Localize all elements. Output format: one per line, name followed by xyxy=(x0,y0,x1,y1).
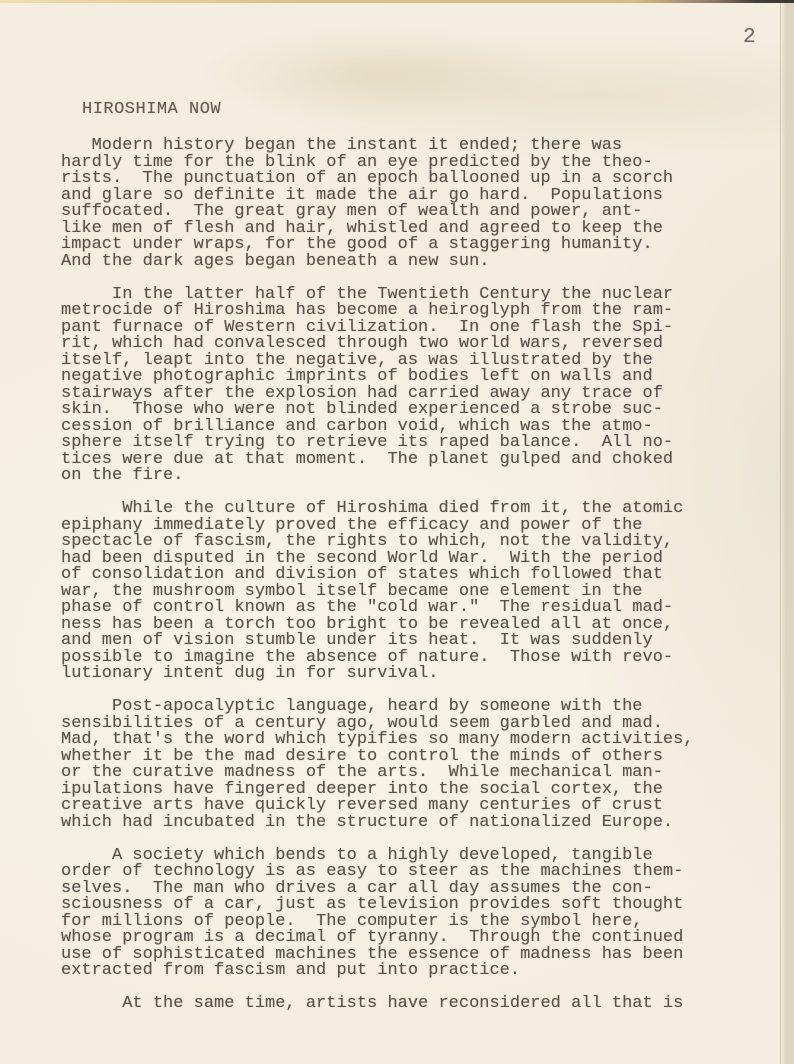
page-number: 2 xyxy=(743,26,756,49)
page-right-edge xyxy=(780,3,794,1064)
paragraph-2: In the latter half of the Twentieth Cent… xyxy=(61,287,694,485)
scanned-typewritten-page: { "document": { "page_number": "2", "tit… xyxy=(0,0,794,1064)
paragraph-6: At the same time, artists have reconside… xyxy=(61,996,694,1013)
page-top-edge xyxy=(0,0,794,3)
document-body: Modern history began the instant it ende… xyxy=(61,138,694,1029)
page-title: HIROSHIMA NOW xyxy=(82,102,221,119)
paragraph-5: A society which bends to a highly develo… xyxy=(61,848,694,980)
paragraph-4: Post-apocalyptic language, heard by some… xyxy=(61,699,694,831)
paragraph-3: While the culture of Hiroshima died from… xyxy=(61,501,694,683)
paragraph-1: Modern history began the instant it ende… xyxy=(61,138,694,270)
